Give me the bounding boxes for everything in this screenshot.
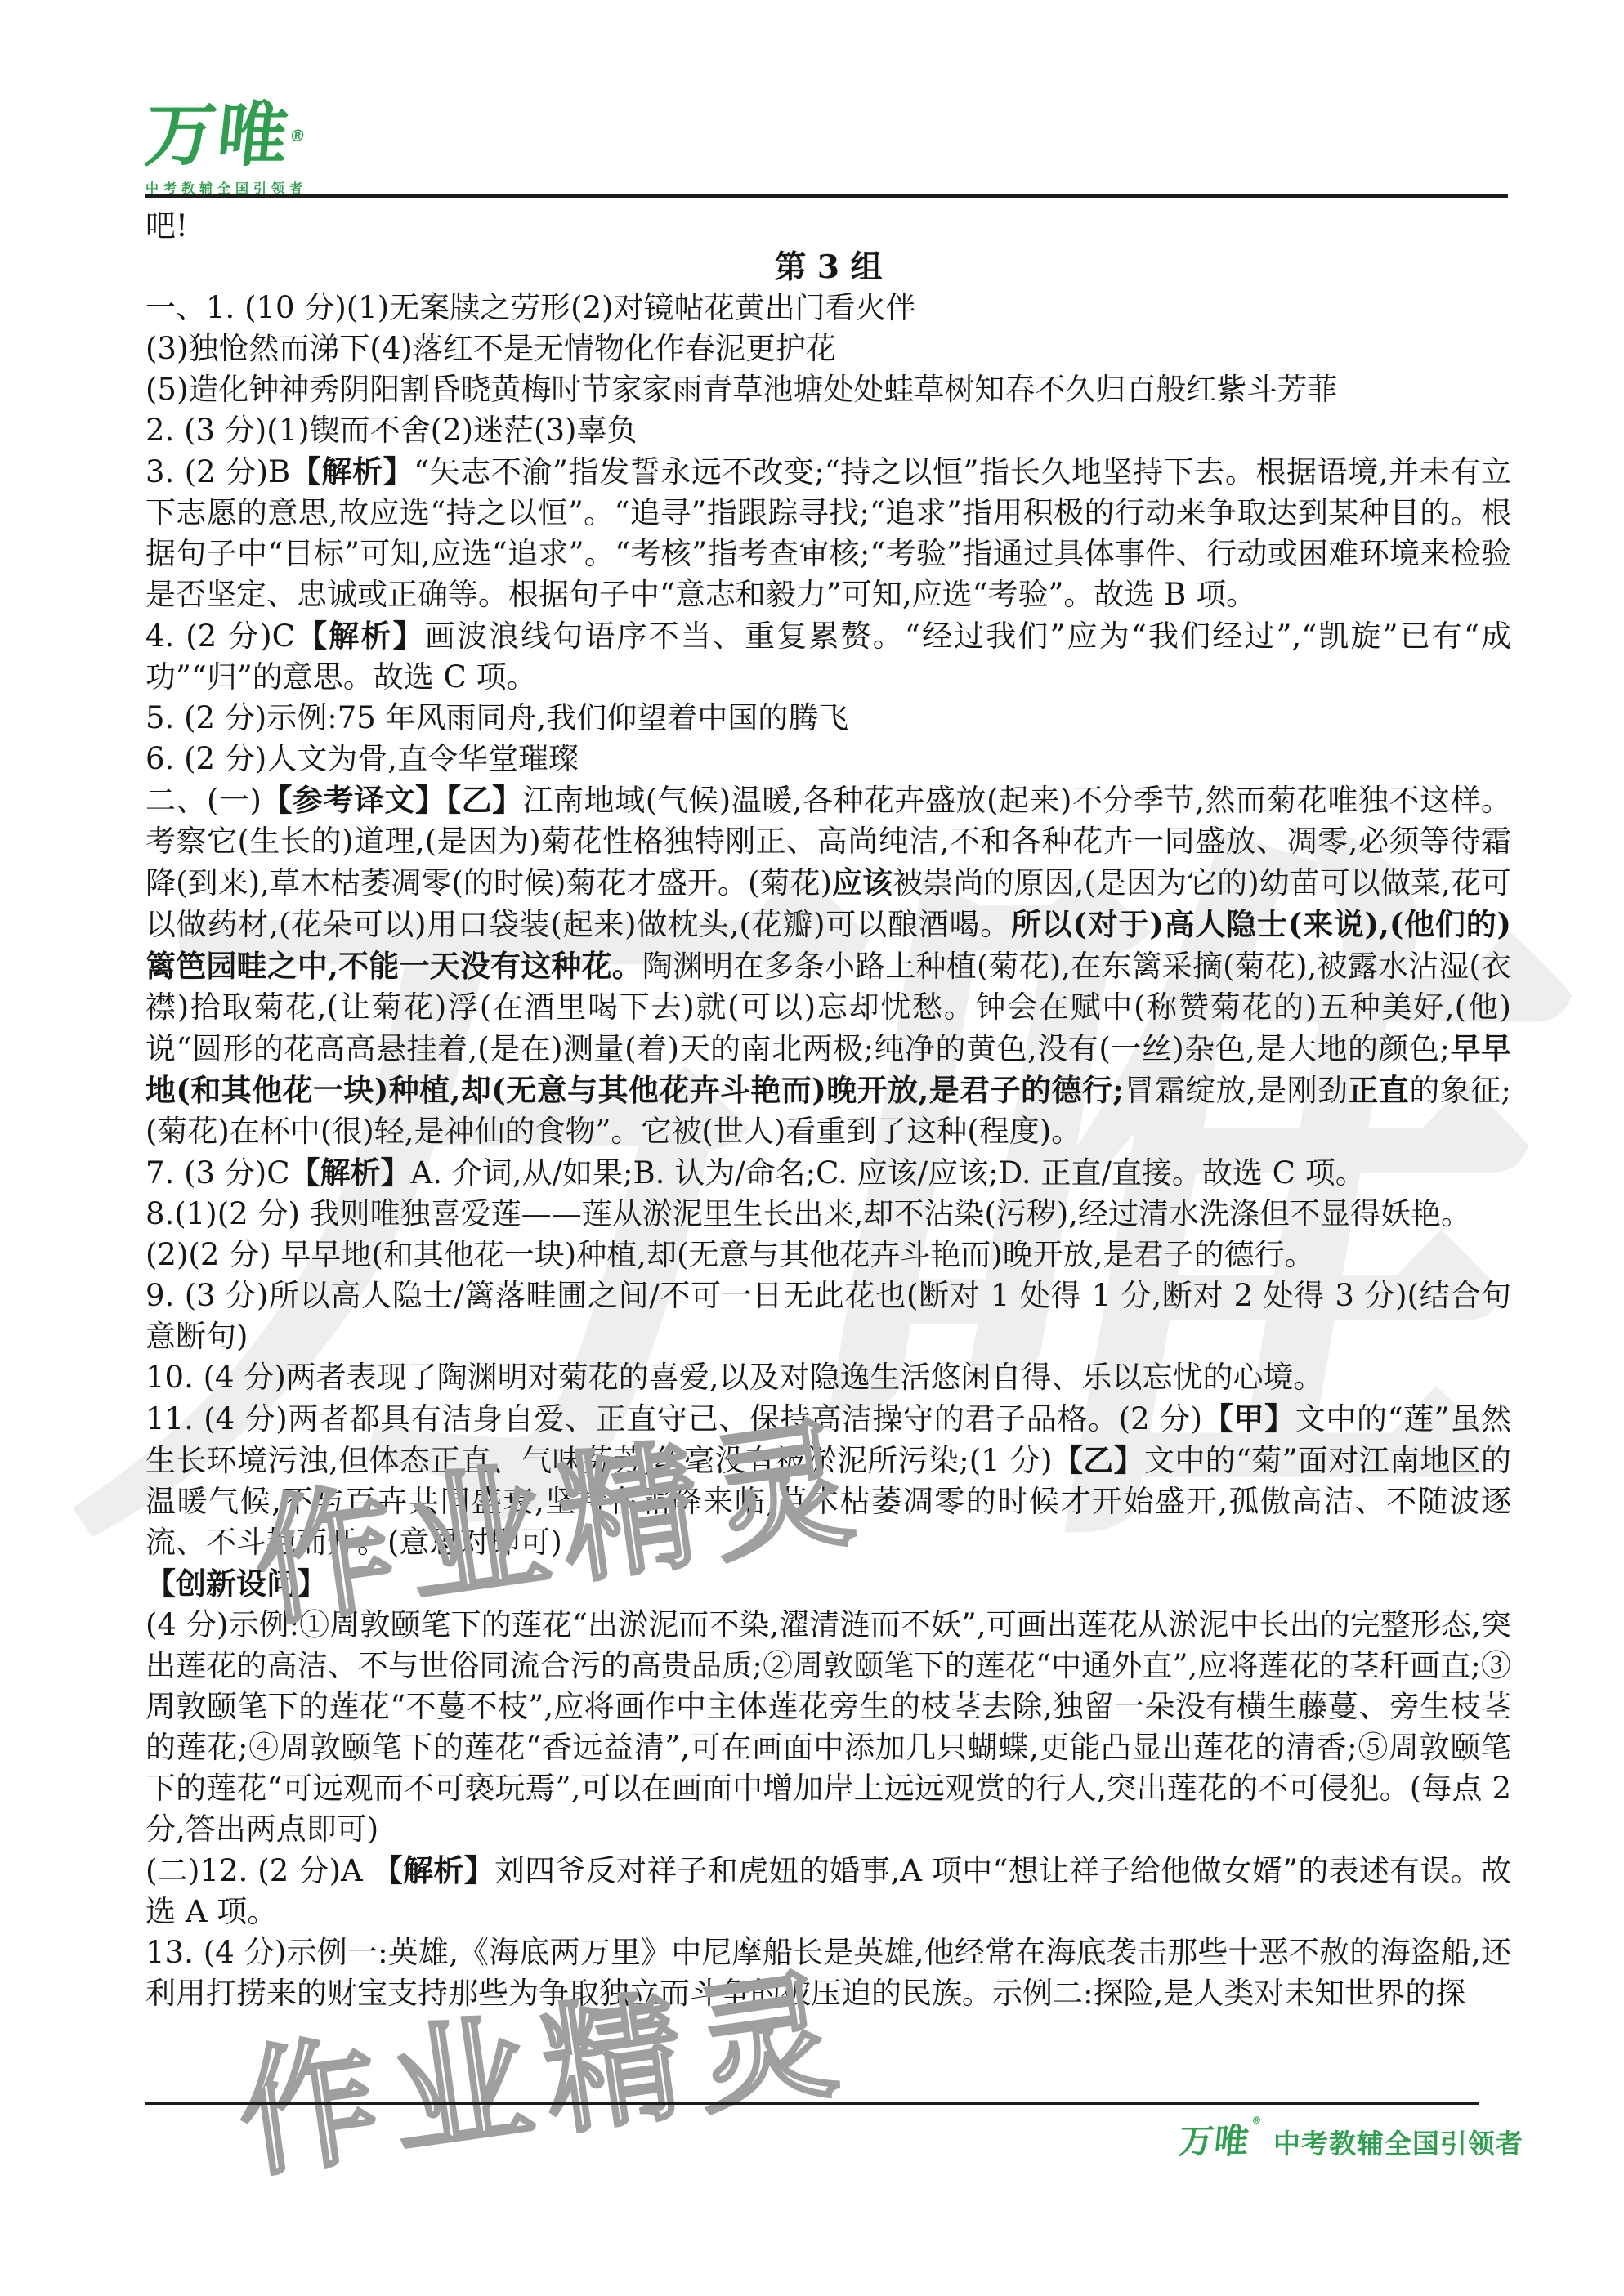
answer-paragraph: 7. (3 分)C【解析】A. 介词,从/如果;B. 认为/命名;C. 应该/应… [145,1152,1511,1194]
text-run: 5. (2 分)示例:75 年风雨同舟,我们仰望着中国的腾飞 [145,700,848,735]
answer-paragraph: 13. (4 分)示例一:英雄,《海底两万里》中尼摩船长是英雄,他经常在海底袭击… [145,1932,1511,2014]
text-run: 冒霜绽放,是刚劲 [1124,1073,1349,1108]
answer-paragraph: 8.(1)(2 分) 我则唯独喜爱莲——莲从淤泥里生长出来,却不沾染(污秽),经… [145,1194,1511,1235]
bold-run: 【解析】 [290,1155,411,1190]
footer-registered-trademark-mark: ® [1251,2115,1263,2126]
answer-paragraph: 二、(一)【参考译文】【乙】江南地域(气候)温暖,各种花卉盛放(起来)不分季节,… [145,779,1511,1152]
text-run: 11. (4 分)两者都具有洁身自爱、正直守己、保持高洁操守的君子品格。(2 分… [145,1401,1202,1436]
bold-run: 正直 [1348,1072,1409,1108]
bold-run: 【甲】 [1202,1400,1295,1436]
text-run: (5)造化钟神秀阴阳割昏晓黄梅时节家家雨青草池塘处处蛙草树知春不久归百般红紫斗芳… [145,372,1337,407]
answer-paragraph: 9. (3 分)所以高人隐士/篱落畦圃之间/不可一日无此花也(断对 1 处得 1… [145,1275,1511,1357]
answer-paragraph: 11. (4 分)两者都具有洁身自爱、正直守己、保持高洁操守的君子品格。(2 分… [145,1398,1511,1563]
text-run: 一、1. (10 分)(1)无案牍之劳形(2)对镜帖花黄出门看火伴 [145,290,916,325]
header-brand: 万唯® 中考教辅全国引领者 [145,96,307,197]
answer-paragraph: (4 分)示例:①周敦颐笔下的莲花“出淤泥而不染,濯清涟而不妖”,可画出莲花从淤… [145,1605,1511,1850]
footer-logo-characters: 万唯 [1177,2121,1251,2161]
brand-logo-characters: 万唯 [141,95,294,176]
footer-brand: 万唯® 中考教辅全国引领者 [1179,2115,1523,2164]
intro-line: 吧! [145,206,1511,247]
header-divider [145,194,1508,198]
answer-paragraph: (二)12. (2 分)A 【解析】刘四爷反对祥子和虎妞的婚事,A 项中“想让祥… [145,1850,1511,1932]
document-content: 吧! 第 3 组 一、1. (10 分)(1)无案牍之劳形(2)对镜帖花黄出门看… [145,206,1511,2014]
text-run: 6. (2 分)人文为骨,直令华堂璀璨 [145,741,579,776]
answer-paragraph: 【创新设问】 [145,1563,1511,1605]
answer-paragraph: (2)(2 分) 早早地(和其他花一块)种植,却(无意与其他花卉斗艳而)晚开放,… [145,1235,1511,1275]
text-run: 7. (3 分)C [145,1155,290,1190]
footer-logo-text: 万唯® [1177,2115,1263,2164]
bold-run: 【解析】 [373,1852,494,1888]
text-run: 8.(1)(2 分) 我则唯独喜爱莲——莲从淤泥里生长出来,却不沾染(污秽),经… [145,1196,1471,1231]
answers: 一、1. (10 分)(1)无案牍之劳形(2)对镜帖花黄出门看火伴(3)独怆然而… [145,288,1511,2014]
answer-paragraph: 10. (4 分)两者表现了陶渊明对菊花的喜爱,以及对隐逸生活悠闲自得、乐以忘忧… [145,1357,1511,1398]
text-run: 2. (3 分)(1)锲而不舍(2)迷茫(3)辜负 [145,413,637,448]
answer-paragraph: 2. (3 分)(1)锲而不舍(2)迷茫(3)辜负 [145,410,1511,451]
registered-trademark-mark: ® [289,126,309,145]
text-run: (3)独怆然而涕下(4)落红不是无情物化作春泥更护花 [145,331,836,366]
bold-run: 【创新设问】 [145,1566,327,1601]
text-run: (4 分)示例:①周敦颐笔下的莲花“出淤泥而不染,濯清涟而不妖”,可画出莲花从淤… [145,1607,1511,1847]
text-run: A. 介词,从/如果;B. 认为/命名;C. 应该/应该;D. 正直/直接。故选… [411,1155,1366,1190]
answer-paragraph: (5)造化钟神秀阴阳割昏晓黄梅时节家家雨青草池塘处处蛙草树知春不久归百般红紫斗芳… [145,369,1511,410]
answer-paragraph: (3)独怆然而涕下(4)落红不是无情物化作春泥更护花 [145,328,1511,369]
text-run: 3. (2 分)B [145,454,290,489]
text-run: 10. (4 分)两者表现了陶渊明对菊花的喜爱,以及对隐逸生活悠闲自得、乐以忘忧… [145,1360,1324,1395]
text-run: 13. (4 分)示例一:英雄,《海底两万里》中尼摩船长是英雄,他经常在海底袭击… [145,1935,1511,2011]
text-run: 9. (3 分)所以高人隐士/篱落畦圃之间/不可一日无此花也(断对 1 处得 1… [145,1278,1511,1354]
bold-run: 【解析】 [295,618,425,654]
answer-key-page: 万唯 作业精灵 作业精灵 万唯® 中考教辅全国引领者 吧! 第 3 组 一、1.… [0,0,1624,2296]
answer-paragraph: 3. (2 分)B【解析】“矢志不渝”指发誓永远不改变;“持之以恒”指长久地坚持… [145,451,1511,615]
footer-slogan: 中考教辅全国引领者 [1273,2123,1523,2161]
group-title: 第 3 组 [145,247,1511,288]
bold-run: 应该 [832,864,893,900]
text-run: 4. (2 分)C [145,619,295,654]
footer-divider [145,2102,1479,2105]
text-run: 二、(一) [145,783,262,818]
bold-run: 【乙】 [1053,1442,1144,1478]
answer-paragraph: 一、1. (10 分)(1)无案牍之劳形(2)对镜帖花黄出门看火伴 [145,288,1511,328]
answer-paragraph: 4. (2 分)C【解析】画波浪线句语序不当、重复累赘。“经过我们”应为“我们经… [145,615,1511,698]
answer-paragraph: 6. (2 分)人文为骨,直令华堂璀璨 [145,739,1511,779]
text-run: (二)12. (2 分)A [145,1853,373,1888]
brand-logo-text: 万唯® [141,96,311,175]
answer-paragraph: 5. (2 分)示例:75 年风雨同舟,我们仰望着中国的腾飞 [145,698,1511,739]
bold-run: 【解析】 [290,453,414,489]
bold-run: 【参考译文】【乙】 [262,782,523,818]
text-run: (2)(2 分) 早早地(和其他花一块)种植,却(无意与其他花卉斗艳而)晚开放,… [145,1237,1315,1272]
